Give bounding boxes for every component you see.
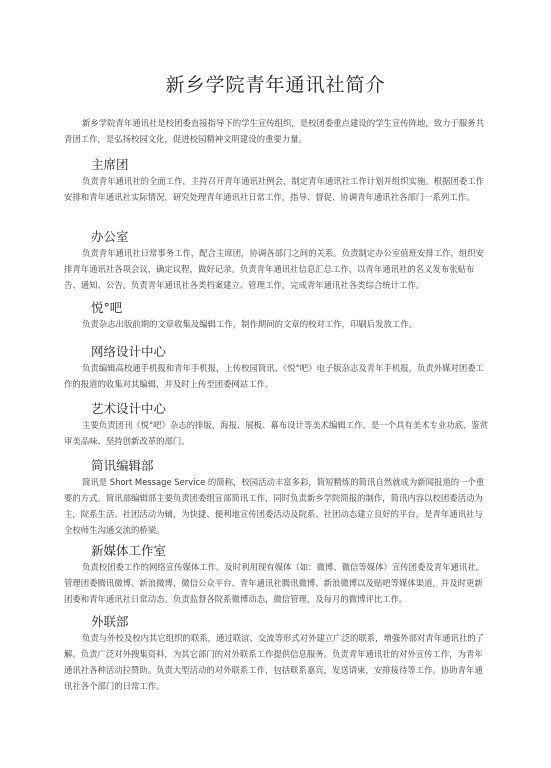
section-heading: 网络设计中心	[91, 344, 489, 360]
section-heading: 新媒体工作室	[91, 543, 489, 559]
section-office: 办公室 负责青年通讯社日常事务工作，配合主席团，协调各部门之间的关系。负责制定办…	[64, 229, 489, 293]
section-body: 主要负责团刊《悦°吧》杂志的排版，海报、展板、幕布设计等美术编辑工作。是一个具有…	[64, 417, 489, 449]
section-web-design-center: 网络设计中心 负责编辑高校通手机报和青年手机报，上传校园简讯、《悦°吧》电子版杂…	[64, 344, 489, 392]
section-body: 简讯是 Short Message Service 的简称，校园活动丰富多彩，简…	[64, 474, 489, 538]
section-body: 负责校团委工作的网络宣传媒体工作。及时利用现有媒体（如：微博、微信等媒体）宣传团…	[64, 559, 489, 607]
intro-paragraph: 新乡学院青年通讯社是校团委直接指导下的学生宣传组织，是校团委重点建设的学生宣传阵…	[64, 115, 489, 147]
section-heading: 外联部	[91, 614, 489, 630]
section-body: 负责青年通讯社日常事务工作，配合主席团，协调各部门之间的关系。负责制定办公室值班…	[64, 245, 489, 293]
section-body: 负责与外校及校内其它组织的联系，通过联谊、交流等形式对外建立广泛的联系，增强外部…	[64, 630, 489, 694]
section-brief-news-dept: 简讯编辑部 简讯是 Short Message Service 的简称，校园活动…	[64, 458, 489, 538]
section-heading: 悦°吧	[91, 300, 489, 316]
page-title: 新乡学院青年通讯社简介	[0, 72, 551, 98]
section-body: 负责编辑高校通手机报和青年手机报，上传校园简讯、《悦°吧》电子版杂志及青年手机报…	[64, 360, 489, 392]
section-heading: 艺术设计中心	[91, 401, 489, 417]
document-page: 新乡学院青年通讯社简介 新乡学院青年通讯社是校团委直接指导下的学生宣传组织，是校…	[0, 0, 551, 768]
section-heading: 主席团	[91, 157, 489, 173]
section-presidium: 主席团 负责青年通讯社的全面工作，主持召开青年通讯社例会，制定青年通讯社工作计划…	[64, 157, 489, 205]
section-heading: 简讯编辑部	[91, 458, 489, 474]
section-body: 负责杂志出版前期的文章收集及编辑工作，制作期间的文章的校对工作，印刷后发放工作。	[64, 316, 489, 332]
section-body: 负责青年通讯社的全面工作，主持召开青年通讯社例会，制定青年通讯社工作计划并组织实…	[64, 173, 489, 205]
section-external-relations: 外联部 负责与外校及校内其它组织的联系，通过联谊、交流等形式对外建立广泛的联系，…	[64, 614, 489, 694]
section-art-design-center: 艺术设计中心 主要负责团刊《悦°吧》杂志的排版，海报、展板、幕布设计等美术编辑工…	[64, 401, 489, 449]
section-heading: 办公室	[91, 229, 489, 245]
section-yueba: 悦°吧 负责杂志出版前期的文章收集及编辑工作，制作期间的文章的校对工作，印刷后发…	[64, 300, 489, 332]
section-new-media-studio: 新媒体工作室 负责校团委工作的网络宣传媒体工作。及时利用现有媒体（如：微博、微信…	[64, 543, 489, 607]
